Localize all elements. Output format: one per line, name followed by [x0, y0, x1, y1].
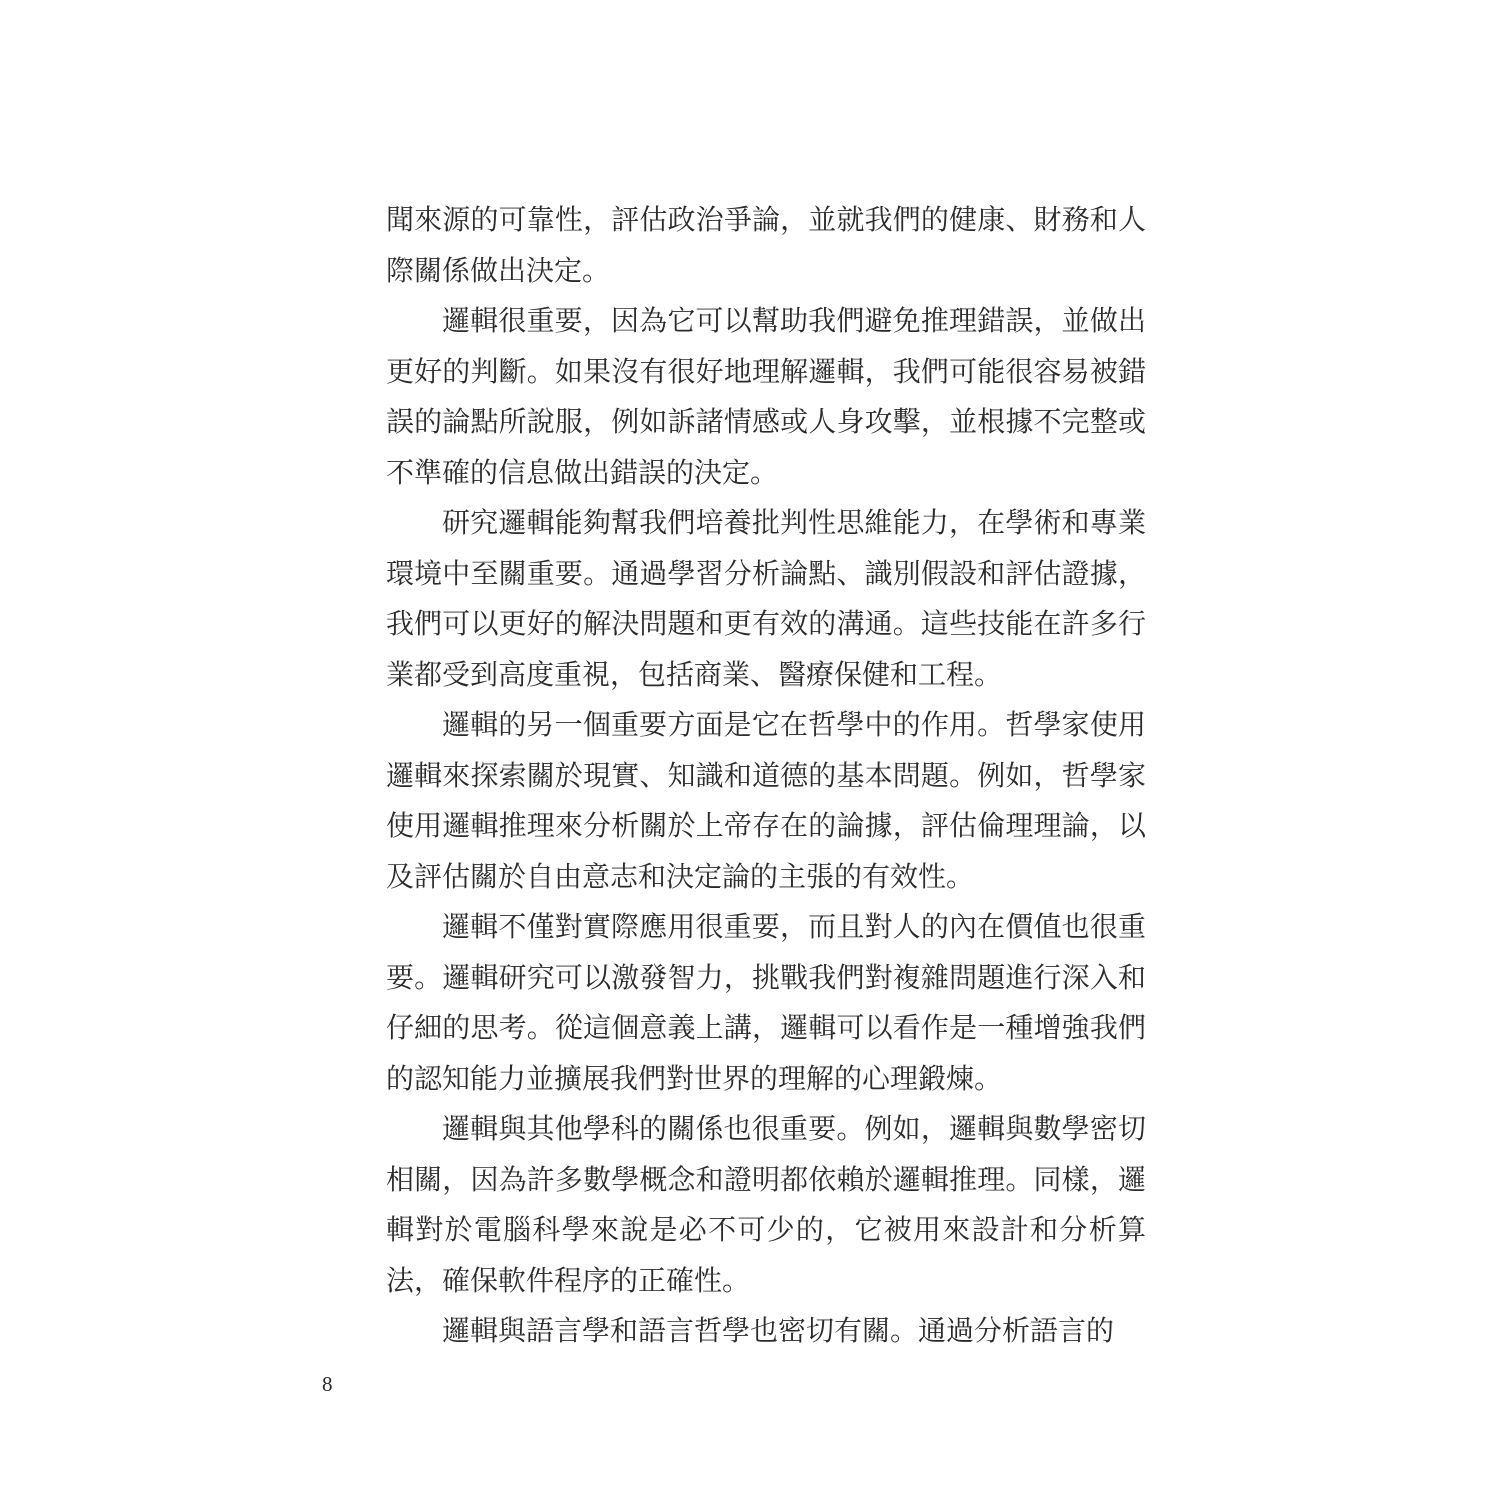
paragraph: 邏輯與其他學科的關係也很重要。例如，邏輯與數學密切相關，因為許多數學概念和證明都…: [386, 1105, 1146, 1307]
page-number: 8: [322, 1372, 333, 1397]
paragraph: 邏輯與語言學和語言哲學也密切有關。通過分析語言的: [386, 1307, 1146, 1358]
paragraph: 邏輯不僅對實際應用很重要，而且對人的內在價值也很重要。邏輯研究可以激發智力，挑戰…: [386, 903, 1146, 1105]
text-block: 聞來源的可靠性，評估政治爭論，並就我們的健康、財務和人際關係做出決定。邏輯很重要…: [386, 196, 1146, 1358]
paragraph: 聞來源的可靠性，評估政治爭論，並就我們的健康、財務和人際關係做出決定。: [386, 196, 1146, 297]
document-page: 聞來源的可靠性，評估政治爭論，並就我們的健康、財務和人際關係做出決定。邏輯很重要…: [0, 0, 1500, 1500]
paragraph: 邏輯很重要，因為它可以幫助我們避免推理錯誤，並做出更好的判斷。如果沒有很好地理解…: [386, 297, 1146, 499]
paragraph: 研究邏輯能夠幫我們培養批判性思維能力，在學術和專業環境中至關重要。通過學習分析論…: [386, 499, 1146, 701]
paragraph: 邏輯的另一個重要方面是它在哲學中的作用。哲學家使用邏輯來探索關於現實、知識和道德…: [386, 701, 1146, 903]
